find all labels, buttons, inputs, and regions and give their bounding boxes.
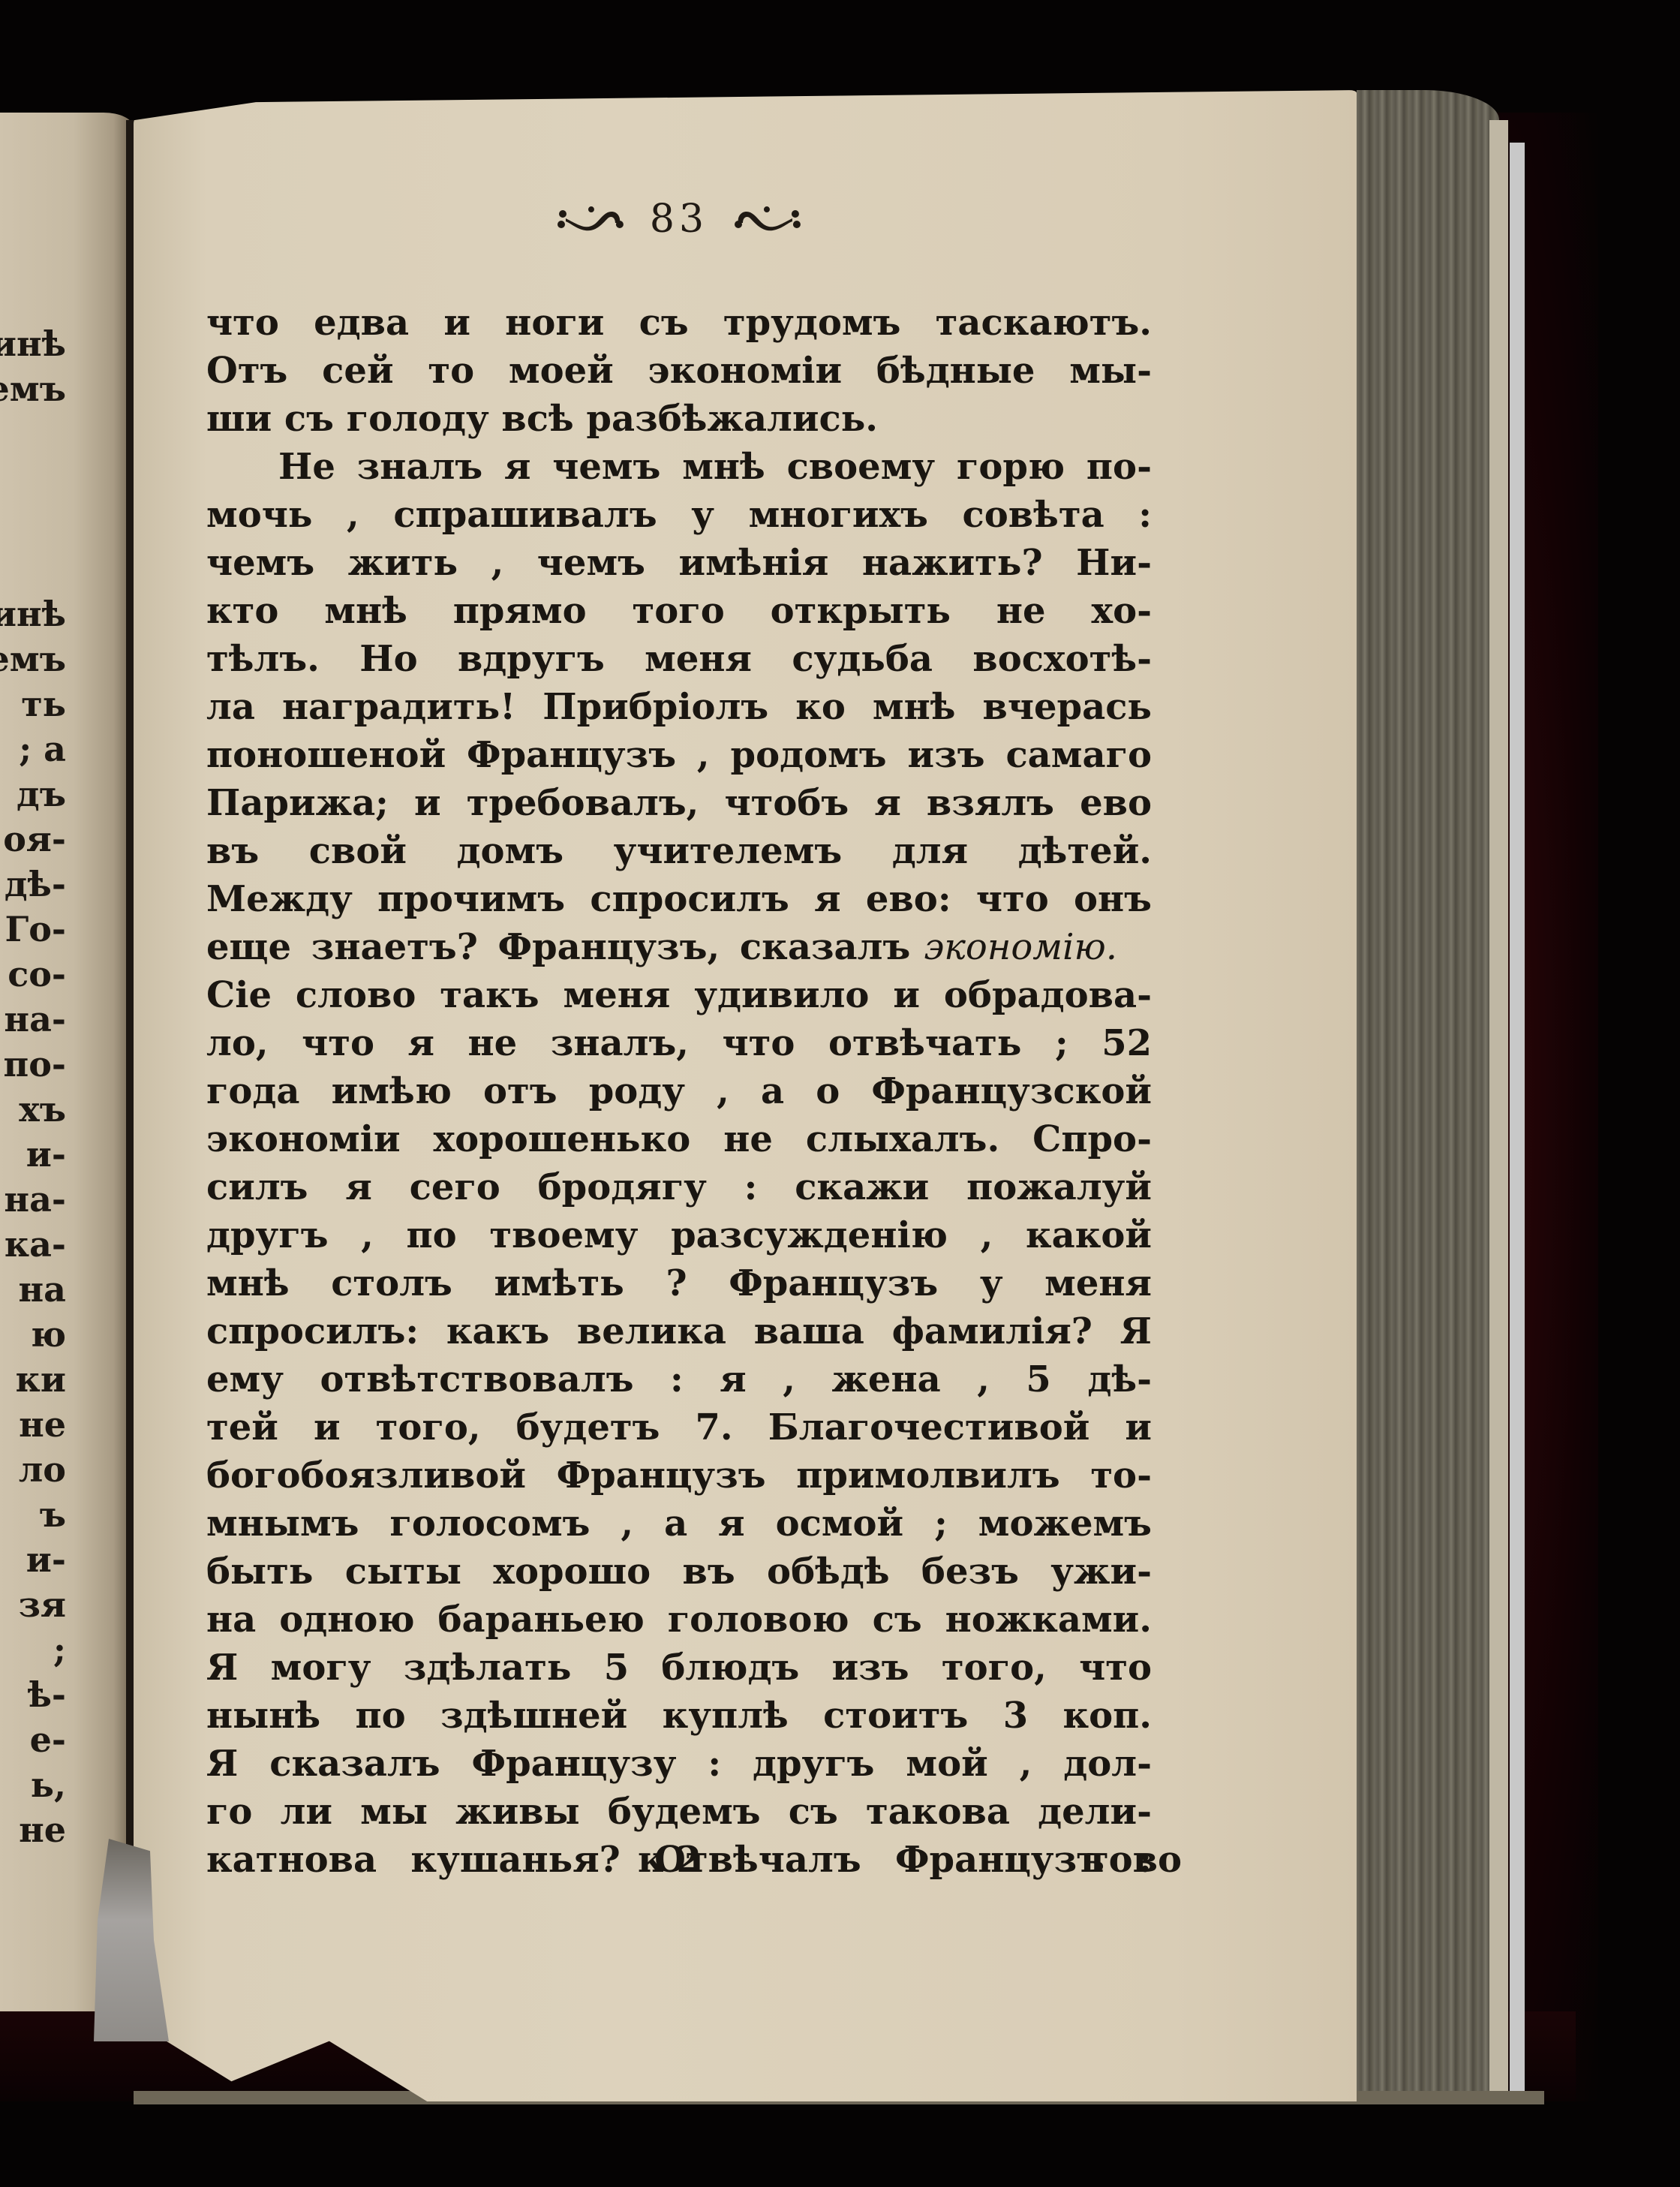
text-line: въ свой домъ учителемъ для дѣтей. [206, 827, 1152, 875]
left-page-gutter-edge [126, 120, 134, 1906]
text-line: Я могу здѣлать 5 блюдъ изъ того, что [206, 1644, 1152, 1692]
text-line: спросилъ: какъ велика ваша фамилія? Я [206, 1307, 1152, 1355]
left-page: инѣ емъ инѣ емъ ть ; а дъ оя- дѣ- Го- со… [0, 113, 134, 2011]
left-fragment: со- [8, 957, 66, 991]
left-fragment: емъ [0, 642, 66, 676]
left-fragment: ; [53, 1632, 66, 1667]
left-fragment: и- [26, 1542, 66, 1577]
fleuron-right-icon [734, 202, 803, 236]
left-fragment: ка- [5, 1227, 66, 1262]
text-line: Отъ сей то моей экономіи бѣдные мы- [206, 347, 1152, 395]
text-line: ла наградить! Прибріолъ ко мнѣ вчерась [206, 683, 1152, 731]
left-fragment: ть [21, 687, 66, 721]
running-head: 83 [555, 197, 803, 242]
fleuron-left-icon [555, 202, 624, 236]
left-fragment: на- [4, 1002, 66, 1036]
catchword: тово [1086, 1839, 1182, 1881]
text-line: богобоязливой Французъ примолвилъ то- [206, 1451, 1152, 1500]
left-fragment: Го- [5, 912, 66, 946]
paragraph-start-line: Не зналъ я чемъ мнѣ своему горю по- [206, 443, 1152, 491]
left-fragment: инѣ [0, 326, 66, 361]
page-edge-light [1489, 120, 1508, 2101]
left-fragment: ; а [19, 732, 66, 766]
page-footer: к 2 тово [206, 1839, 1182, 1884]
text-line: ши съ голоду всѣ разбѣжались. [206, 395, 1152, 443]
left-fragment: и- [26, 1137, 66, 1172]
text-line: тѣлъ. Но вдругъ меня судьба восхотѣ- [206, 635, 1152, 683]
left-fragment: по- [4, 1047, 66, 1081]
text-line: мнымъ голосомъ , а я осмой ; можемъ [206, 1500, 1152, 1548]
text-line: ему отвѣтствовалъ : я , жена , 5 дѣ- [206, 1355, 1152, 1403]
left-fragment: на [19, 1272, 66, 1307]
text-line: другъ , по твоему разсужденію , какой [206, 1211, 1152, 1259]
left-fragment: инѣ [0, 597, 66, 631]
text-line: мнѣ столъ имѣть ? Французъ у меня [206, 1259, 1152, 1307]
text-line: на одною бараньею головою съ ножками. [206, 1596, 1152, 1644]
page-edges-stack [1357, 90, 1499, 2101]
page-body-text: что едва и ноги съ трудомъ таскаютъ. Отъ… [206, 299, 1152, 1884]
text-line: силъ я сего бродягу : скажи пожалуй [206, 1163, 1152, 1211]
text-line: го ли мы живы будемъ съ такова дели- [206, 1788, 1152, 1836]
left-fragment: не [19, 1812, 66, 1847]
left-fragment: ъ [40, 1497, 66, 1532]
text-line: ло, что я не зналъ, что отвѣчать ; 52 [206, 1019, 1152, 1067]
left-fragment: дѣ- [5, 867, 66, 901]
left-fragment: хъ [19, 1092, 66, 1127]
left-fragment: оя- [3, 822, 66, 856]
text-line: быть сыты хорошо въ обѣдѣ безъ ужи- [206, 1548, 1152, 1596]
text-line: кто мнѣ прямо того открыть не хо- [206, 587, 1152, 635]
text-line: что едва и ноги съ трудомъ таскаютъ. [206, 299, 1152, 347]
left-fragment: на- [4, 1182, 66, 1217]
page-number: 83 [650, 197, 708, 242]
text-line: тей и того, будетъ 7. Благочестивой и [206, 1403, 1152, 1451]
left-fragment: ю [31, 1317, 66, 1352]
left-fragment: е- [30, 1722, 66, 1757]
text-line: Между прочимъ спросилъ я ево: что онъ [206, 875, 1152, 923]
left-fragment: дъ [17, 777, 66, 811]
text-line: экономіи хорошенько не слыхалъ. Спро- [206, 1115, 1152, 1163]
left-fragment: зя [19, 1587, 66, 1622]
text-line: Я сказалъ Французу : другъ мой , дол- [206, 1740, 1152, 1788]
left-fragment: ь, [31, 1767, 66, 1802]
italic-word: экономію. [924, 923, 1117, 971]
text-line: Парижа; и требовалъ, чтобъ я взялъ ево [206, 779, 1152, 827]
left-fragment: ѣ- [28, 1677, 66, 1712]
text-line: года имѣю отъ роду , а о Французской [206, 1067, 1152, 1115]
left-fragment: ки [16, 1362, 66, 1397]
text-line: мочь , спрашивалъ у многихъ совѣта : [206, 491, 1152, 539]
signature-mark: к 2 [638, 1839, 702, 1881]
text-line: поношеной Французъ , родомъ изъ самаго [206, 731, 1152, 779]
page-edge-white [1510, 143, 1525, 2094]
left-fragment: ло [19, 1452, 66, 1487]
left-fragment: емъ [0, 372, 66, 406]
left-fragment: не [19, 1407, 66, 1442]
text-line: чемъ жить , чемъ имѣнія нажить? Ни- [206, 539, 1152, 587]
text-line: нынѣ по здѣшней куплѣ стоитъ 3 коп. [206, 1692, 1152, 1740]
left-page-text-fragments: инѣ емъ инѣ емъ ть ; а дъ оя- дѣ- Го- со… [0, 113, 120, 2011]
text-line: Сіе слово такъ меня удивило и обрадова- [206, 971, 1152, 1019]
text-line: еще знаетъ? Французъ, сказалъ экономію. [206, 923, 1152, 971]
